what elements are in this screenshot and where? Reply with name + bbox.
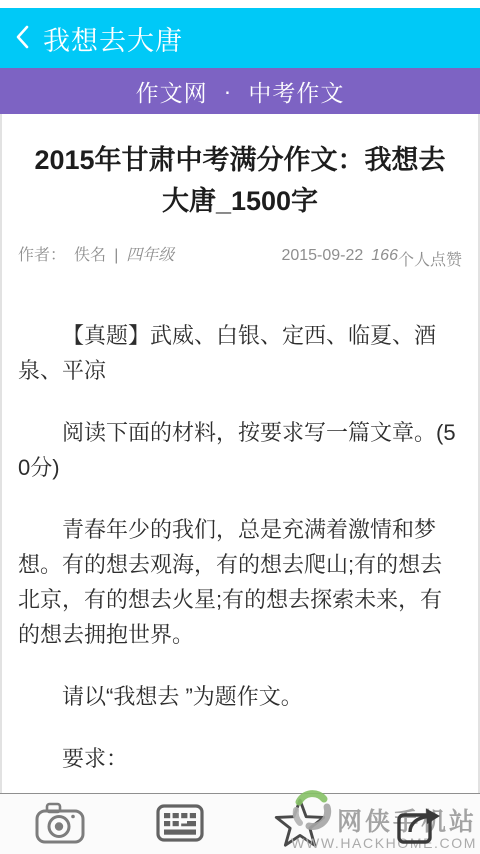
page-title: 我想去大唐	[43, 19, 183, 58]
camera-button[interactable]	[25, 798, 95, 850]
meta-author-group: 作者： 佚名 | 四年级	[18, 242, 174, 265]
camera-icon	[34, 801, 86, 848]
likes-label: 166个人点赞	[371, 247, 462, 270]
breadcrumb-separator: ·	[224, 78, 233, 105]
article-paragraph: 请以“我想去 ”为题作文。	[18, 679, 462, 714]
article-content: 2015年甘肃中考满分作文：我想去大唐_1500字 作者： 佚名 | 四年级 2…	[2, 114, 478, 793]
bottom-toolbar: 网侠手机站 WWW.HACKHOME.COM	[0, 793, 480, 854]
article-body: 【真题】武威、白银、定西、临夏、酒泉、平凉 阅读下面的材料，按要求写一篇文章。(…	[18, 318, 462, 793]
star-icon	[273, 797, 327, 852]
meta-divider: |	[114, 247, 118, 265]
grade-label: 四年级	[126, 242, 174, 265]
back-button[interactable]: 我想去大唐	[14, 19, 183, 58]
publish-date: 2015-09-22	[281, 247, 363, 265]
keyboard-button[interactable]	[145, 798, 215, 850]
article-meta: 作者： 佚名 | 四年级 2015-09-22 166个人点赞	[18, 242, 462, 270]
share-icon	[395, 799, 445, 850]
article-paragraph: 青春年少的我们，总是充满着激情和梦想。有的想去观海，有的想去爬山;有的想去北京，…	[18, 512, 462, 652]
likes-count: 166	[371, 247, 398, 270]
keyboard-icon	[156, 804, 204, 845]
article-paragraph: 要求：	[18, 741, 462, 776]
share-button[interactable]	[385, 798, 455, 850]
author-label: 作者：	[18, 242, 66, 265]
favorite-button[interactable]	[265, 798, 335, 850]
author-name: 佚名	[74, 242, 106, 265]
breadcrumb: 作文网 · 中考作文	[0, 68, 480, 114]
meta-date-group: 2015-09-22 166个人点赞	[281, 247, 462, 270]
article-paragraph: 阅读下面的材料，按要求写一篇文章。(50分)	[18, 415, 462, 485]
breadcrumb-category: 中考作文	[248, 75, 344, 108]
back-chevron-icon	[14, 24, 30, 53]
article-title: 2015年甘肃中考满分作文：我想去大唐_1500字	[24, 140, 456, 222]
article-paragraph: 【真题】武威、白银、定西、临夏、酒泉、平凉	[18, 318, 462, 388]
breadcrumb-site: 作文网	[136, 75, 208, 108]
app-header: 我想去大唐	[0, 8, 480, 68]
status-bar	[0, 0, 480, 8]
likes-suffix: 个人点赞	[398, 247, 462, 270]
